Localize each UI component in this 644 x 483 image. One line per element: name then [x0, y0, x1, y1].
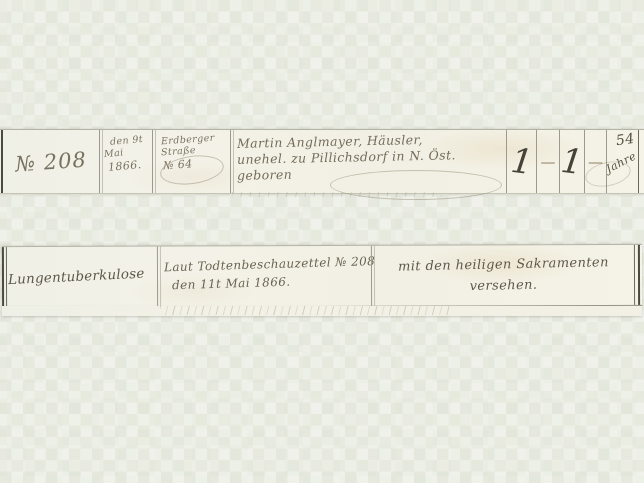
- column-rule: [157, 247, 158, 307]
- column-rule: [559, 130, 560, 193]
- cause-of-death: Lungentuberkulose: [8, 266, 145, 288]
- column-rule: [506, 130, 507, 193]
- clipped-next-row-sliver: [2, 306, 642, 316]
- age-value: 54: [615, 131, 636, 149]
- register-strip-top: № 208 den 9t Mai 1866. Erdberger Straße …: [0, 129, 644, 194]
- column-rule: [233, 130, 234, 193]
- column-rule: [160, 247, 161, 307]
- clipped-text-sliver: [232, 192, 442, 197]
- tally-dash: —: [541, 153, 556, 171]
- column-rule: [230, 130, 231, 193]
- cut-edge-left: [1, 130, 3, 193]
- cut-edge-right-inner: [634, 245, 635, 305]
- scan-background-texture: [0, 0, 644, 483]
- cut-edge-left-inner: [6, 247, 7, 307]
- column-rule: [536, 130, 537, 193]
- cut-edge-right: [638, 245, 640, 305]
- tally-cell-catholic: 1: [560, 130, 584, 193]
- tally-mark: 1: [508, 140, 534, 182]
- column-rule: [374, 246, 375, 306]
- register-strip-bottom: Lungentuberkulose Laut Todtenbeschauzett…: [2, 244, 642, 308]
- death-date-line: 1866.: [107, 157, 152, 175]
- column-rule: [584, 130, 585, 193]
- tally-cell-male: 1: [507, 130, 536, 193]
- column-rule: [102, 130, 103, 193]
- clipped-text-sliver: [160, 306, 450, 315]
- sacraments-line: versehen.: [373, 273, 634, 299]
- inspection-certificate-cell: Laut Todtenbeschauzettel № 208 den 11t M…: [160, 246, 376, 307]
- record-number-cell: № 208: [1, 127, 101, 197]
- sacraments-cell: mit den heiligen Sakramenten versehen.: [373, 245, 634, 306]
- tally-mark: 1: [559, 140, 585, 182]
- tally-cell-female: —: [537, 130, 559, 193]
- cut-edge-left: [2, 247, 4, 307]
- record-number: № 208: [14, 147, 87, 176]
- death-date-cell: den 9t Mai 1866.: [100, 130, 152, 193]
- column-rule: [99, 130, 100, 193]
- column-rule: [152, 130, 153, 193]
- cause-of-death-cell: Lungentuberkulose: [8, 247, 156, 308]
- column-rule: [371, 246, 372, 306]
- cut-edge-right: [638, 130, 639, 193]
- column-rule: [155, 130, 156, 193]
